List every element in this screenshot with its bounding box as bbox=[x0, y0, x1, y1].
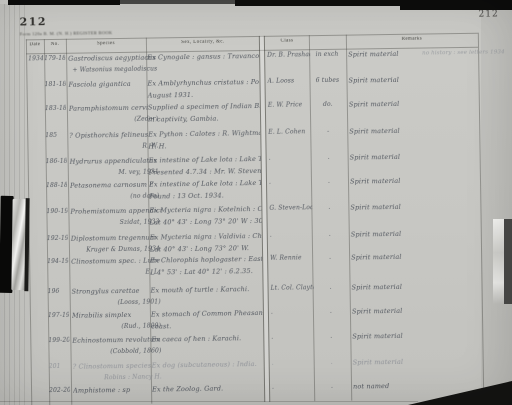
count-value: . bbox=[314, 357, 350, 370]
binder-clip-foil bbox=[493, 219, 504, 304]
registration-number: 183-184 bbox=[45, 103, 66, 115]
remarks-value: Spirit material bbox=[351, 227, 437, 240]
date-value bbox=[32, 310, 47, 322]
binder-clip-edge bbox=[24, 198, 29, 291]
remarks-value: not named bbox=[353, 379, 439, 392]
cell-locality: Ex intestine of Lake lota : Lake Tiberia… bbox=[149, 177, 261, 203]
date-value bbox=[29, 130, 44, 142]
remarks-value: Spirit material bbox=[352, 304, 438, 317]
cell-date bbox=[31, 256, 46, 268]
class-value: E. W. Price bbox=[268, 99, 311, 112]
locality-line: Ex Python : Calotes : R. Wightman's Pond… bbox=[148, 127, 260, 141]
cell-remarks: Spirit material bbox=[352, 304, 438, 317]
registration-number: 188-189 bbox=[46, 180, 67, 192]
class-value: . bbox=[270, 229, 313, 242]
locality-line bbox=[152, 394, 264, 405]
registration-number: 201 bbox=[49, 361, 70, 373]
registration-number: 185 bbox=[45, 130, 66, 142]
cell-date bbox=[33, 385, 48, 397]
header-locality: Sex, Locality, &c. bbox=[146, 39, 260, 46]
locality-line: Found : 13 Oct. 1934. bbox=[149, 189, 261, 203]
cell-no: 188-189 bbox=[46, 180, 67, 192]
remarks-value: Spirit material bbox=[349, 124, 435, 137]
cell-no: 194-195 bbox=[47, 256, 68, 268]
cell-count: . bbox=[313, 306, 349, 319]
class-value: . bbox=[269, 176, 312, 189]
cell-locality: Ex Cynogale : gansus : Travancore bbox=[147, 50, 259, 76]
binder-clip-edge bbox=[504, 219, 512, 304]
cell-remarks: Spirit material bbox=[351, 250, 437, 263]
cell-count: . bbox=[313, 331, 349, 344]
cell-locality: Ex dog (subcutaneous) : India. bbox=[152, 358, 264, 384]
cell-date bbox=[29, 130, 44, 142]
date-value bbox=[30, 156, 45, 168]
cell-remarks: Spirit material bbox=[352, 329, 438, 342]
cell-count: . bbox=[312, 282, 348, 295]
count-value: . bbox=[311, 202, 347, 215]
cell-no: 190-191 bbox=[46, 206, 67, 218]
cell-date bbox=[30, 180, 45, 192]
count-value: in exch bbox=[309, 49, 345, 62]
cell-count: 6 tubes bbox=[309, 75, 345, 88]
locality-line: Ex Cynogale : gansus : Travancore bbox=[147, 50, 259, 64]
locality-line: Ex intestine of Lake lota : Lake Tiberia… bbox=[149, 177, 261, 191]
remarks-value: Spirit material bbox=[351, 280, 437, 293]
cell-count: . bbox=[314, 357, 350, 370]
count-value: . bbox=[313, 331, 349, 344]
registration-number: 194-195 bbox=[47, 256, 68, 268]
remarks-value: Spirit material bbox=[350, 150, 436, 163]
cell-locality: Ex Chlorophis hoplogaster : East Takorad… bbox=[150, 253, 262, 279]
class-value: G. Steven-Lodge bbox=[269, 202, 312, 215]
cell-date bbox=[30, 206, 45, 218]
registration-number: 186-187 bbox=[46, 156, 67, 168]
cell-date: 1934 bbox=[28, 53, 43, 65]
locality-line: Ex dog (subcutaneous) : India. bbox=[152, 358, 264, 372]
count-value: . bbox=[312, 252, 348, 265]
cell-remarks: Spirit material bbox=[350, 174, 436, 187]
remarks-value: Spirit material bbox=[353, 355, 439, 368]
cell-class: . bbox=[272, 357, 315, 370]
remarks-value: Spirit material bbox=[352, 329, 438, 342]
cell-class: . bbox=[272, 381, 315, 394]
cell-locality: Ex Python : Calotes : R. Wightman's Pond… bbox=[148, 127, 260, 153]
registration-number: 190-191 bbox=[46, 206, 67, 218]
locality-line: Lat 40° 43' : Long 73° 20' W : 30.12.34. bbox=[149, 215, 261, 229]
date-value bbox=[32, 286, 47, 298]
registration-number: 199-200 bbox=[48, 335, 69, 347]
count-value: - bbox=[310, 126, 346, 139]
cell-class: A. Looss bbox=[267, 75, 310, 88]
date-value bbox=[32, 335, 47, 347]
cell-class: . bbox=[271, 306, 314, 319]
class-value: . bbox=[271, 306, 314, 319]
locality-line: L 4° 53' : Lat 40° 12' : 6.2.35. bbox=[150, 265, 262, 279]
cell-locality: Ex Amblyrhynchus cristatus : Porto Talav… bbox=[147, 76, 259, 102]
cell-class: Lt. Col. Clayton bbox=[270, 282, 313, 295]
cell-remarks: Spirit material bbox=[351, 227, 437, 240]
page-content: 212 212 Form 120a B. M. (N. H.) REGISTER… bbox=[0, 0, 512, 405]
cell-class: . bbox=[271, 331, 314, 344]
cell-locality: Supplied a specimen of Indian Black Buck… bbox=[148, 100, 260, 126]
binder-clip-left bbox=[0, 196, 31, 293]
cell-class: . bbox=[269, 176, 312, 189]
cell-no: 179-180 bbox=[44, 53, 65, 65]
class-value: W. Rennie bbox=[270, 252, 313, 265]
remarks-value: Spirit material bbox=[351, 250, 437, 263]
cell-date bbox=[29, 103, 44, 115]
locality-line: Ex mouth of turtle : Karachi. bbox=[151, 283, 263, 297]
header-species: Species bbox=[66, 41, 146, 47]
cell-date bbox=[31, 233, 46, 245]
cell-count: in exch bbox=[309, 49, 345, 62]
scan-border-top bbox=[8, 0, 120, 5]
scan-border-top bbox=[400, 0, 512, 10]
cell-no: 183-184 bbox=[45, 103, 66, 115]
remarks-value: Spirit material bbox=[348, 73, 434, 86]
date-value bbox=[33, 385, 48, 397]
cell-locality: Ex stomach of Common Pheasant : off Nata… bbox=[151, 307, 263, 333]
cell-no: 185 bbox=[45, 130, 66, 142]
cell-locality: Ex Mycteria nigra : Valdivia : Chile,Lat… bbox=[150, 230, 262, 256]
cell-date bbox=[32, 310, 47, 322]
count-value: . bbox=[312, 229, 348, 242]
count-value: do. bbox=[310, 99, 346, 112]
cell-count: do. bbox=[310, 99, 346, 112]
cell-count: . bbox=[314, 381, 350, 394]
page-number-right: 212 bbox=[478, 9, 498, 19]
count-value: . bbox=[312, 282, 348, 295]
cell-remarks: Spirit material bbox=[349, 97, 435, 110]
cell-count: . bbox=[312, 229, 348, 242]
cell-no: 197-198 bbox=[48, 310, 69, 322]
cell-no: 202-203 bbox=[49, 385, 70, 397]
cell-class: W. Rennie bbox=[270, 252, 313, 265]
cell-date bbox=[30, 156, 45, 168]
registration-number: 192-193 bbox=[47, 233, 68, 245]
cell-remarks: Spirit material bbox=[351, 280, 437, 293]
count-value: . bbox=[313, 306, 349, 319]
locality-line: Supplied a specimen of Indian Black Buck… bbox=[148, 100, 260, 114]
header-no: No. bbox=[44, 42, 66, 47]
date-value bbox=[31, 233, 46, 245]
cell-count: - bbox=[310, 126, 346, 139]
locality-line: Ex Amblyrhynchus cristatus : Porto Talav… bbox=[147, 76, 259, 90]
margin-note: no history : see letters 1934 bbox=[422, 46, 508, 59]
scan-border-top bbox=[120, 0, 235, 4]
date-value bbox=[33, 361, 48, 373]
cell-no: 201 bbox=[49, 361, 70, 373]
class-value: Dr. B. Prashad bbox=[267, 49, 310, 62]
count-value: 6 tubes bbox=[309, 75, 345, 88]
cell-remarks: not named bbox=[353, 379, 439, 392]
cell-locality: Ex Mycteria nigra : Kotelnich : Chile,La… bbox=[149, 203, 261, 229]
page-bottom-edge bbox=[0, 401, 418, 402]
locality-line bbox=[147, 62, 259, 76]
cell-count: . bbox=[311, 152, 347, 165]
registration-number: 196 bbox=[48, 286, 69, 298]
class-value: . bbox=[272, 357, 315, 370]
cell-no: 186-187 bbox=[46, 156, 67, 168]
locality-line: coast. bbox=[151, 319, 263, 333]
cell-count: . bbox=[312, 252, 348, 265]
cell-locality: Ex intestine of Lake lota : Lake Tiberia… bbox=[149, 153, 261, 179]
class-value: . bbox=[269, 152, 312, 165]
cell-class: Dr. B. Prashad bbox=[267, 49, 310, 62]
cell-locality: Ex mouth of turtle : Karachi. bbox=[151, 283, 263, 309]
date-value bbox=[30, 206, 45, 218]
cell-count: . bbox=[311, 176, 347, 189]
cell-count: . bbox=[311, 202, 347, 215]
cell-date bbox=[33, 361, 48, 373]
date-value bbox=[28, 79, 43, 91]
registration-number: 197-198 bbox=[48, 310, 69, 322]
header-remarks: Remarks bbox=[346, 36, 478, 43]
cell-date bbox=[32, 335, 47, 347]
count-value: . bbox=[311, 176, 347, 189]
scanned-register-page: 212 212 Form 120a B. M. (N. H.) REGISTER… bbox=[0, 0, 512, 405]
page-number-left: 212 bbox=[20, 15, 48, 28]
cell-remarks: Spirit material bbox=[350, 200, 436, 213]
count-value: . bbox=[311, 152, 347, 165]
locality-line bbox=[151, 344, 263, 358]
class-value: Lt. Col. Clayton bbox=[270, 282, 313, 295]
remarks-value: Spirit material bbox=[350, 174, 436, 187]
locality-line: Ex stomach of Common Pheasant : off Nata… bbox=[151, 307, 263, 321]
date-value bbox=[31, 256, 46, 268]
cell-remarks: Spirit material bbox=[353, 355, 439, 368]
locality-line: H. H. bbox=[148, 139, 260, 153]
class-value: E. L. Cohen bbox=[268, 126, 311, 139]
count-value: . bbox=[314, 381, 350, 394]
class-value: A. Looss bbox=[267, 75, 310, 88]
class-value: . bbox=[271, 331, 314, 344]
remarks-value: Spirit material bbox=[349, 97, 435, 110]
cell-class: E. L. Cohen bbox=[268, 126, 311, 139]
cell-no: 192-193 bbox=[47, 233, 68, 245]
cell-class: G. Steven-Lodge bbox=[269, 202, 312, 215]
remarks-value: Spirit material bbox=[350, 200, 436, 213]
cell-remarks: Spirit material bbox=[349, 124, 435, 137]
cell-no: 196 bbox=[48, 286, 69, 298]
register-form-small-print: Form 120a B. M. (N. H.) REGISTER BOOK bbox=[20, 30, 113, 36]
header-class: Class bbox=[264, 38, 310, 44]
header-date: Date bbox=[26, 42, 44, 47]
date-value bbox=[30, 180, 45, 192]
cell-margin-note: no history : see letters 1934 bbox=[422, 46, 508, 59]
cell-no: 181-182 bbox=[44, 79, 65, 91]
class-value: . bbox=[272, 381, 315, 394]
cell-class: . bbox=[270, 229, 313, 242]
date-value bbox=[29, 103, 44, 115]
cell-remarks: Spirit material bbox=[350, 150, 436, 163]
cell-class: . bbox=[269, 152, 312, 165]
date-value: 1934 bbox=[28, 53, 43, 65]
cell-class: E. W. Price bbox=[268, 99, 311, 112]
cell-no: 199-200 bbox=[48, 335, 69, 347]
cell-date bbox=[28, 79, 43, 91]
registration-number: 179-180 bbox=[44, 53, 65, 65]
registration-number: 181-182 bbox=[44, 79, 65, 91]
cell-remarks: Spirit material bbox=[348, 73, 434, 86]
scan-corner-notch bbox=[0, 0, 8, 4]
binder-clip-right bbox=[493, 219, 512, 304]
registration-number: 202-203 bbox=[49, 385, 70, 397]
locality-line: in captivity, Gambia. bbox=[148, 112, 260, 126]
cell-locality: Ex caeca of hen : Karachi. bbox=[151, 332, 263, 358]
cell-date bbox=[32, 286, 47, 298]
